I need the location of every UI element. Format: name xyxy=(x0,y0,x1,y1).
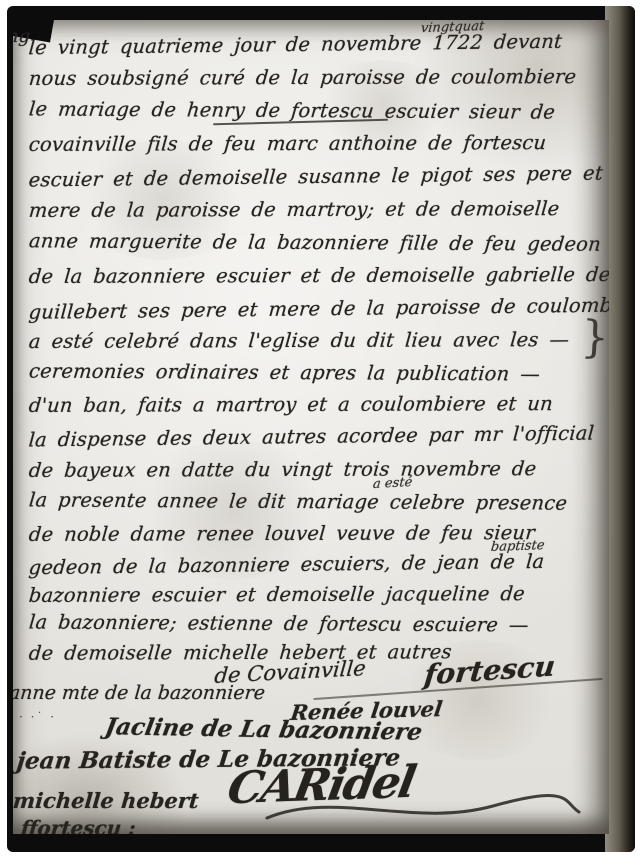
manuscript-line: le mariage de henry de fortescu escuier … xyxy=(28,97,556,123)
manuscript-line: de bayeux en datte du vingt trois novemb… xyxy=(28,457,537,482)
signature-jacline: Jacline de La bazonniere xyxy=(103,713,424,746)
manuscript-page: ng vingtquat le vingt quatrieme jour de … xyxy=(13,20,609,834)
photo-frame: ng vingtquat le vingt quatrieme jour de … xyxy=(7,6,635,852)
manuscript-line: bazonniere escuier et demoiselle jacquel… xyxy=(28,582,526,607)
manuscript-line: de noble dame renee louvel veuve de feu … xyxy=(28,521,536,546)
signature-ffortescu: ffortescu : xyxy=(20,816,137,834)
interlinear-insert-baptiste: baptiste xyxy=(490,538,545,555)
scanned-document: { "colors": { "ink": "#26231f", "paper":… xyxy=(0,0,642,862)
manuscript-line: mere de la paroisse de martroy; et de de… xyxy=(28,197,560,222)
manuscript-line: le vingt quatrieme jour de novembre 1722… xyxy=(28,30,563,60)
manuscript-line: de la bazonniere escuier et de demoisell… xyxy=(28,263,609,288)
manuscript-line: de demoiselle michelle hebert et autres xyxy=(28,640,453,664)
manuscript-line: la bazonniere; estienne de fortescu escu… xyxy=(28,610,530,636)
interlinear-insert-a-este: a esté xyxy=(372,475,413,492)
manuscript-line: ceremonies ordinaires et apres la public… xyxy=(28,359,541,385)
manuscript-line: nous soubsigné curé de la paroisse de co… xyxy=(28,65,577,90)
manuscript-line: gedeon de la bazonniere escuiers, de jea… xyxy=(28,550,545,579)
margin-brace-flourish: } xyxy=(580,311,609,363)
manuscript-line: d'un ban, faits a martroy et a coulombie… xyxy=(28,392,554,417)
book-binding-edge xyxy=(605,6,635,852)
cure-signature-flourish xyxy=(263,784,583,830)
manuscript-line: escuier et de demoiselle susanne le pigo… xyxy=(28,161,604,191)
ink-dots: · ·˙ · xyxy=(19,710,56,724)
manuscript-line: covainville fils de feu marc anthoine de… xyxy=(28,131,547,156)
signature-michelle-hebert: michelle hebert xyxy=(13,788,200,813)
manuscript-line: la dispense des deux autres acordee par … xyxy=(28,422,595,452)
manuscript-line: a esté celebré dans l'eglise du dit lieu… xyxy=(28,328,570,353)
manuscript-line: guillebert ses pere et mere de la parois… xyxy=(28,293,609,324)
manuscript-line: anne marguerite de la bazonniere fille d… xyxy=(28,229,602,255)
manuscript-line: la presente annee le dit mariage celebre… xyxy=(28,488,568,514)
